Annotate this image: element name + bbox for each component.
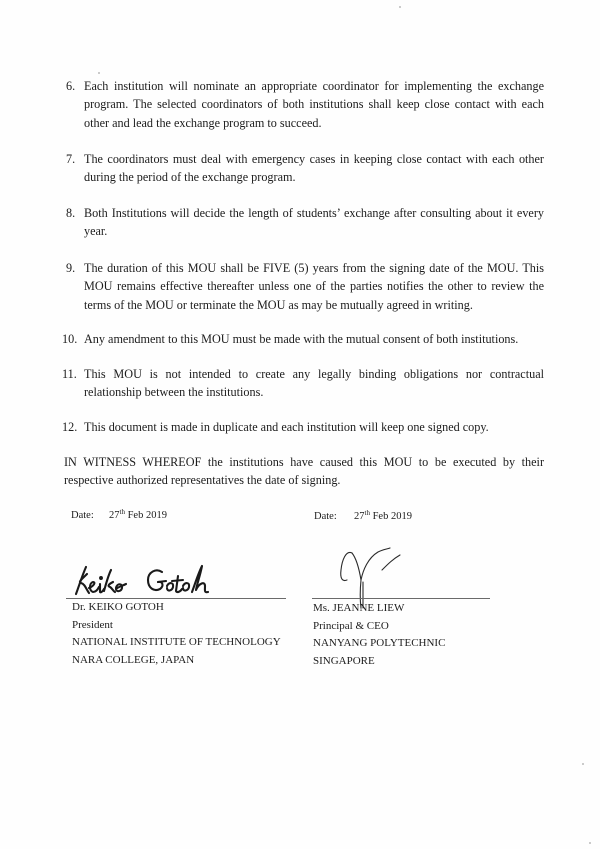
clause-text: Any amendment to this MOU must be made w… [84, 330, 544, 348]
signatory-name: Ms. JEANNE LIEW [313, 600, 445, 618]
clause-9: 9. The duration of this MOU shall be FIV… [66, 259, 544, 314]
clause-number: 7. [66, 150, 84, 168]
signatory-name: Dr. KEIKO GOTOH [72, 599, 281, 617]
clause-8: 8. Both Institutions will decide the len… [66, 204, 544, 241]
clause-number: 11. [62, 365, 84, 383]
clause-text: This document is made in duplicate and e… [84, 418, 544, 436]
date-label: Date: [314, 511, 354, 522]
clause-number: 10. [62, 330, 84, 348]
clause-text: Both Institutions will decide the length… [84, 204, 544, 241]
scan-speck [589, 842, 591, 844]
date-day: 27 [354, 511, 365, 522]
signatory-block-right: Ms. JEANNE LIEW Principal & CEO NANYANG … [313, 600, 445, 670]
clause-6: 6. Each institution will nominate an app… [66, 77, 544, 132]
signature-keiko-gotoh [70, 562, 240, 600]
clause-text: The coordinators must deal with emergenc… [84, 150, 544, 187]
signing-date-left: Date:27th Feb 2019 [71, 508, 167, 521]
signatory-org-line2: SINGAPORE [313, 653, 445, 671]
date-label: Date: [71, 510, 109, 521]
clause-number: 8. [66, 204, 84, 222]
scan-speck [582, 763, 584, 765]
date-rest: Feb 2019 [370, 511, 412, 522]
clause-text: This MOU is not intended to create any l… [84, 365, 544, 402]
signatory-block-left: Dr. KEIKO GOTOH President NATIONAL INSTI… [72, 599, 281, 669]
clause-12: 12. This document is made in duplicate a… [62, 418, 544, 436]
signatory-title: President [72, 617, 281, 635]
clause-7: 7. The coordinators must deal with emerg… [66, 150, 544, 187]
scan-speck [98, 72, 100, 74]
signatory-org-line1: NANYANG POLYTECHNIC [313, 635, 445, 653]
signatory-org-line1: NATIONAL INSTITUTE OF TECHNOLOGY [72, 634, 281, 652]
clause-number: 12. [62, 418, 84, 436]
signing-date-right: Date:27th Feb 2019 [314, 509, 412, 522]
clause-number: 9. [66, 259, 84, 277]
witness-clause: IN WITNESS WHEREOF the institutions have… [64, 453, 544, 490]
scan-speck [399, 6, 401, 8]
clause-text: Each institution will nominate an approp… [84, 77, 544, 132]
document-page: 6. Each institution will nominate an app… [0, 0, 600, 849]
clause-number: 6. [66, 77, 84, 95]
clause-10: 10. Any amendment to this MOU must be ma… [62, 330, 544, 348]
clause-text: The duration of this MOU shall be FIVE (… [84, 259, 544, 314]
signatory-title: Principal & CEO [313, 618, 445, 636]
clause-11: 11. This MOU is not intended to create a… [62, 365, 544, 402]
date-day: 27 [109, 510, 120, 521]
signature-line-right [312, 598, 490, 599]
date-rest: Feb 2019 [125, 510, 167, 521]
signatory-org-line2: NARA COLLEGE, JAPAN [72, 652, 281, 670]
